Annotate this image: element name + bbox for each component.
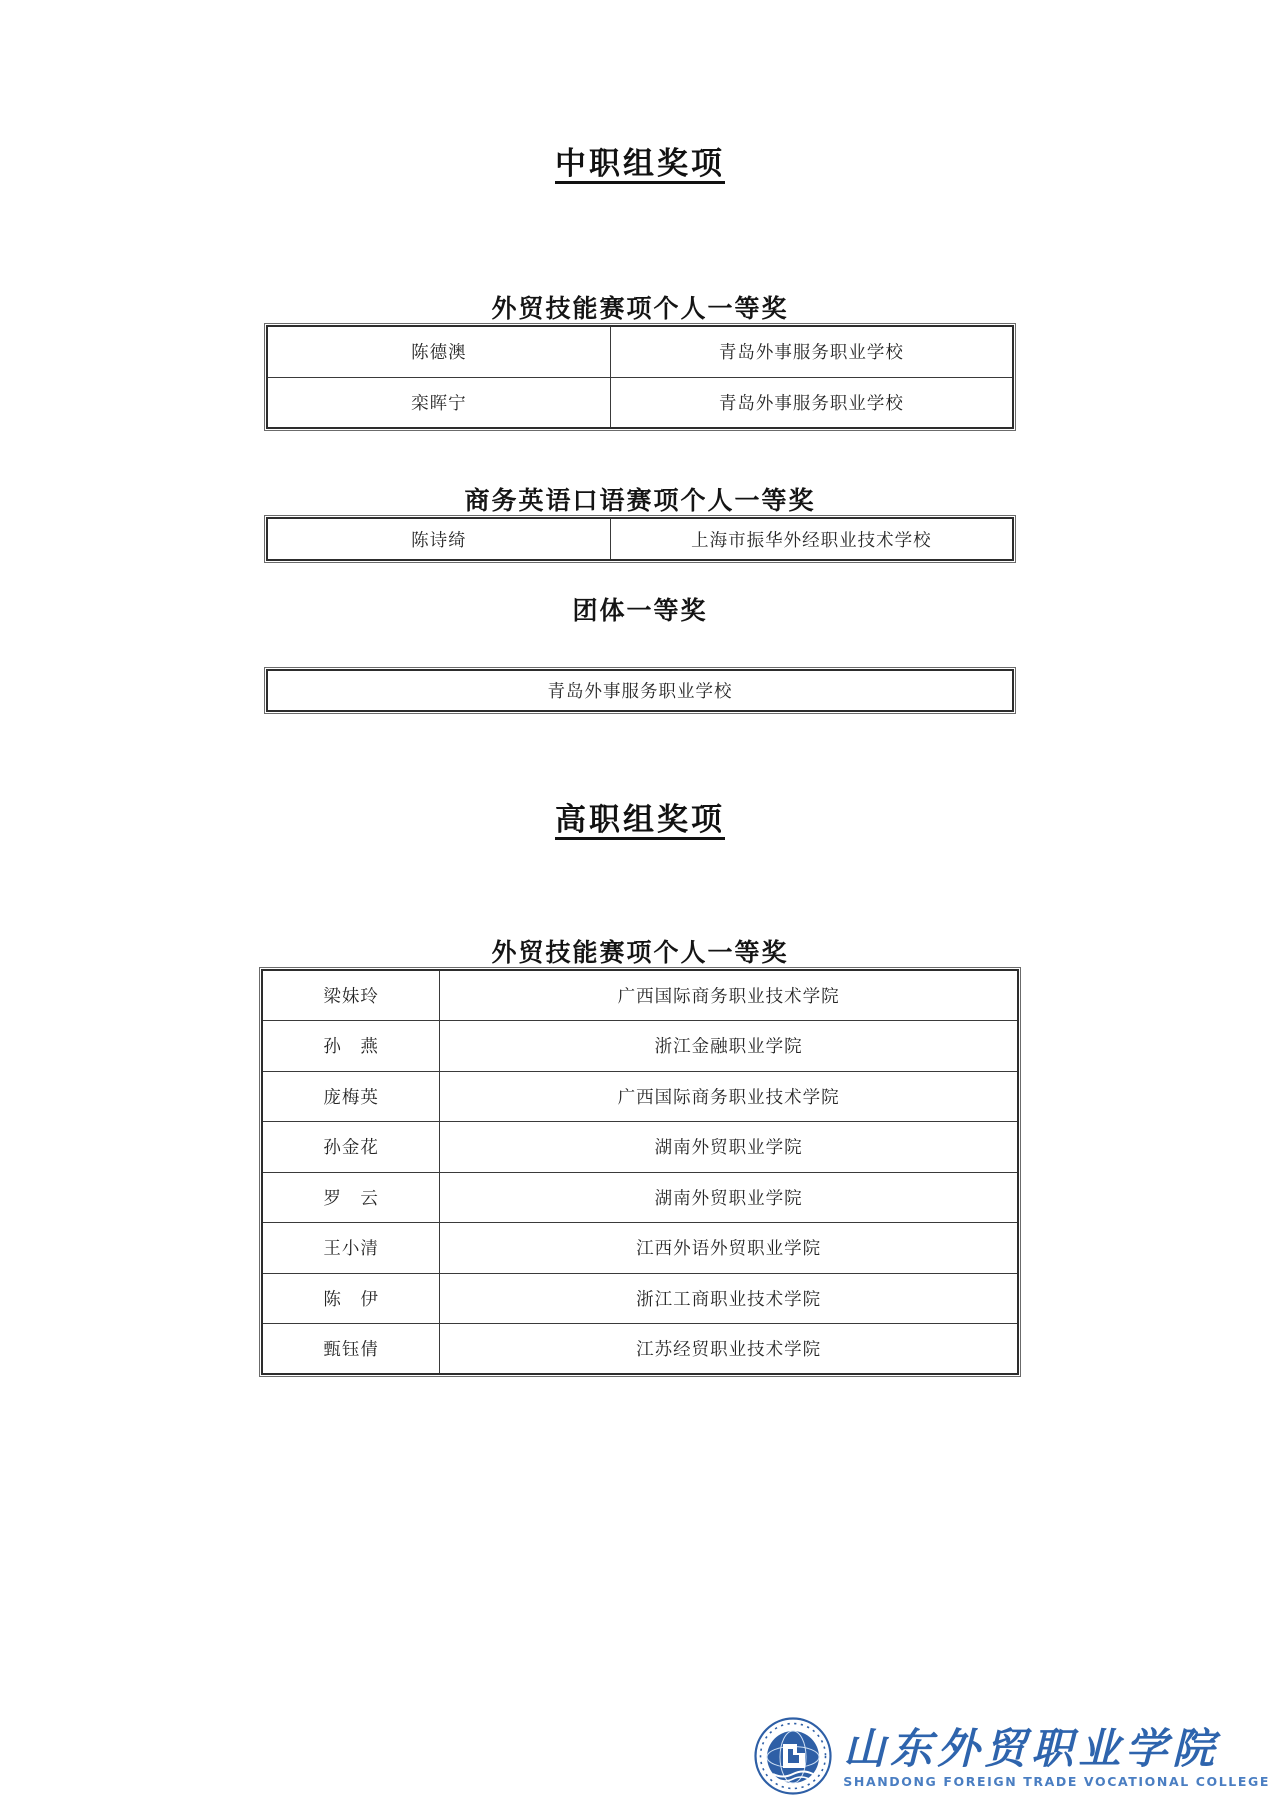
mid-team-award-table: 青岛外事服务职业学校 (266, 669, 1014, 712)
mid-trade-skill-table: 陈德澳 青岛外事服务职业学校 栾晖宁 青岛外事服务职业学校 (266, 325, 1014, 429)
school-name-cell: 湖南外贸职业学院 (440, 1122, 1018, 1173)
mid-business-english-table: 陈诗绮 上海市振华外经职业技术学校 (266, 517, 1014, 561)
winner-name-cell: 陈 伊 (262, 1273, 440, 1324)
college-emblem-icon (753, 1716, 833, 1800)
table-row: 栾晖宁 青岛外事服务职业学校 (267, 377, 1013, 428)
school-name-cell: 江苏经贸职业技术学院 (440, 1324, 1018, 1375)
winner-name-cell: 庞梅英 (262, 1071, 440, 1122)
school-name-cell: 青岛外事服务职业学校 (610, 377, 1013, 428)
school-name-cell: 上海市振华外经职业技术学校 (610, 518, 1013, 560)
document-page: 中职组奖项 外贸技能赛项个人一等奖 陈德澳 青岛外事服务职业学校 栾晖宁 青岛外… (0, 0, 1280, 1811)
winner-name-cell: 甄钰倩 (262, 1324, 440, 1375)
mid-vocational-title: 中职组奖项 (0, 138, 1280, 183)
winner-name-cell: 梁妹玲 (262, 970, 440, 1021)
table-row: 陈诗绮 上海市振华外经职业技术学校 (267, 518, 1013, 560)
table-row: 孙金花 湖南外贸职业学院 (262, 1122, 1018, 1173)
winner-name-cell: 栾晖宁 (267, 377, 610, 428)
winner-name-cell: 陈诗绮 (267, 518, 610, 560)
table-row: 陈德澳 青岛外事服务职业学校 (267, 326, 1013, 377)
mid-trade-skill-heading: 外贸技能赛项个人一等奖 (0, 289, 1280, 325)
school-name-cell: 青岛外事服务职业学校 (610, 326, 1013, 377)
table-row: 甄钰倩 江苏经贸职业技术学院 (262, 1324, 1018, 1375)
table-row: 孙 燕 浙江金融职业学院 (262, 1021, 1018, 1072)
table-row: 王小清 江西外语外贸职业学院 (262, 1223, 1018, 1274)
winner-name-cell: 罗 云 (262, 1172, 440, 1223)
higher-trade-skill-heading: 外贸技能赛项个人一等奖 (0, 933, 1280, 969)
table-row: 梁妹玲 广西国际商务职业技术学院 (262, 970, 1018, 1021)
winner-name-cell: 王小清 (262, 1223, 440, 1274)
school-name-cell: 青岛外事服务职业学校 (267, 670, 1013, 711)
school-name-cell: 浙江工商职业技术学院 (440, 1273, 1018, 1324)
college-logo: 山东外贸职业学院 SHANDONG FOREIGN TRADE VOCATION… (753, 1716, 1270, 1800)
college-name-cn: 山东外贸职业学院 (843, 1727, 1219, 1771)
higher-vocational-title: 高职组奖项 (0, 794, 1280, 839)
school-name-cell: 江西外语外贸职业学院 (440, 1223, 1018, 1274)
higher-trade-skill-table: 梁妹玲 广西国际商务职业技术学院 孙 燕 浙江金融职业学院 庞梅英 广西国际商务… (261, 969, 1019, 1375)
college-name-en: SHANDONG FOREIGN TRADE VOCATIONAL COLLEG… (843, 1774, 1270, 1789)
table-row: 陈 伊 浙江工商职业技术学院 (262, 1273, 1018, 1324)
school-name-cell: 广西国际商务职业技术学院 (440, 1071, 1018, 1122)
mid-business-english-heading: 商务英语口语赛项个人一等奖 (0, 481, 1280, 517)
table-row: 罗 云 湖南外贸职业学院 (262, 1172, 1018, 1223)
table-row: 青岛外事服务职业学校 (267, 670, 1013, 711)
school-name-cell: 湖南外贸职业学院 (440, 1172, 1018, 1223)
winner-name-cell: 孙金花 (262, 1122, 440, 1173)
winner-name-cell: 陈德澳 (267, 326, 610, 377)
school-name-cell: 浙江金融职业学院 (440, 1021, 1018, 1072)
mid-team-award-heading: 团体一等奖 (0, 591, 1280, 627)
winner-name-cell: 孙 燕 (262, 1021, 440, 1072)
table-row: 庞梅英 广西国际商务职业技术学院 (262, 1071, 1018, 1122)
school-name-cell: 广西国际商务职业技术学院 (440, 970, 1018, 1021)
